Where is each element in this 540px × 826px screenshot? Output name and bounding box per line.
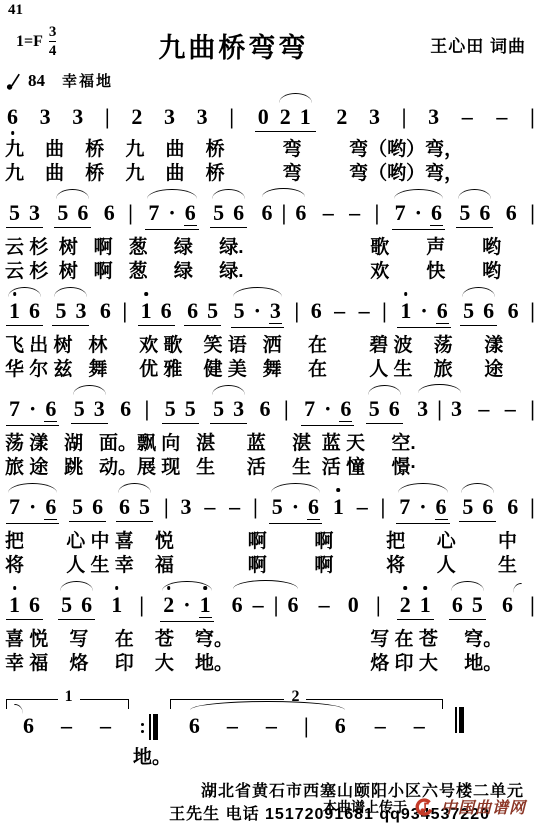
upload-footer: 本曲谱上传于 中国曲谱网 xyxy=(323,795,526,818)
duration-dash: – xyxy=(460,106,475,128)
lyric-line: 飞 出 树 林 欢 歌 笑 语 洒 在 碧 波 荡 漾 xyxy=(5,334,535,358)
note: 3 xyxy=(93,398,106,420)
duration-dash: – xyxy=(202,496,217,518)
slur-group: 56 xyxy=(459,496,496,522)
note: 5 xyxy=(462,300,475,322)
note: 1 xyxy=(199,594,212,618)
note: 6 xyxy=(160,300,173,322)
note: 6 xyxy=(507,300,520,322)
note: 6 xyxy=(6,106,19,128)
thick-bar xyxy=(153,714,158,740)
augmentation-dot: · xyxy=(28,398,37,420)
tie-group: 3|3 xyxy=(414,398,465,420)
note: 3 xyxy=(39,106,52,128)
slur-group: 7·6 xyxy=(396,496,449,524)
music-line: 16––26––|6–– xyxy=(5,677,537,746)
note: 5 xyxy=(138,496,151,518)
note: 2 xyxy=(335,106,348,128)
thin-bar xyxy=(455,707,457,733)
system: 16561|2·16–|6–0|21656|喜 悦 写 在 苍 穹。 写 在 苍… xyxy=(5,579,535,676)
final-barline xyxy=(455,707,464,733)
header: 1=F 3 4 九曲桥弯弯 王心田 词曲 xyxy=(0,0,540,65)
duration-dash: – xyxy=(357,300,372,322)
duration-dash: – xyxy=(476,398,491,420)
note: 5 xyxy=(206,300,219,322)
note: 7 xyxy=(394,202,407,224)
note: 3 xyxy=(427,106,440,128)
site-name: 中国曲谱网 xyxy=(441,795,526,818)
note: 6 xyxy=(388,398,401,420)
barline: | xyxy=(303,715,310,737)
slur-group: 53 xyxy=(52,300,89,326)
note: 7 xyxy=(8,398,21,420)
augmentation-dot: · xyxy=(253,300,262,322)
note: 5 xyxy=(212,202,225,224)
beam-group: 16 xyxy=(6,594,43,620)
barline: | xyxy=(283,398,290,420)
note: 6 xyxy=(430,202,443,226)
barline: | xyxy=(529,300,536,322)
duration-dash: – xyxy=(355,496,370,518)
augmentation-dot: · xyxy=(419,300,428,322)
lyric-line: 华 尔 兹 舞 优 雅 健 美 舞 在 人 生 旅 途 xyxy=(5,358,535,382)
note: 7 xyxy=(303,398,316,420)
tie-group: 6|6 xyxy=(258,202,309,224)
barline: | xyxy=(401,106,408,128)
duration-dash: – xyxy=(264,715,279,737)
lyric-line: 把 心 中 喜 悦 啊 啊 把 心 中 xyxy=(5,530,535,554)
duration-dash: – xyxy=(317,594,332,616)
note: 6 xyxy=(99,300,112,322)
beam-group: 21 xyxy=(397,594,434,620)
augmentation-dot: · xyxy=(414,202,423,224)
augmentation-dot: · xyxy=(167,202,176,224)
slur-group: 7·6 xyxy=(6,496,59,524)
slur-group: 21 xyxy=(277,106,314,128)
slur-group: 65 xyxy=(116,496,153,522)
duration-dash: – xyxy=(373,715,388,737)
slur-group: 56 xyxy=(366,398,403,424)
note: 5 xyxy=(164,398,177,420)
duration-dash: – xyxy=(251,594,266,616)
tempo-value: 84 xyxy=(28,71,45,91)
note: 1 xyxy=(399,300,412,322)
augmentation-dot: · xyxy=(291,496,300,518)
lyric-line: 地。 xyxy=(5,746,535,770)
system: 7·6536|55536|7·6563|3––|荡 漾 湖 面。飘 向 湛 蓝 … xyxy=(5,383,535,480)
barline: | xyxy=(375,594,382,616)
lyric-line: 旅 途 跳 动。展 现 生 活 生 活 憧 憬· xyxy=(5,456,535,480)
augmentation-dot: · xyxy=(28,496,37,518)
barline: | xyxy=(163,496,170,518)
beam-group: 7·6 xyxy=(301,398,354,426)
barline: | xyxy=(228,106,235,128)
barline: | xyxy=(529,398,536,420)
note: 6 xyxy=(310,300,323,322)
score: 633|233|02123|3––|九 曲 桥 九 曲 桥 弯 弯（哟）弯，九 … xyxy=(0,91,540,770)
lyric-line: 云 杉 树 啊 葱 绿 绿. 歌 声 哟 xyxy=(5,236,535,260)
lyric-line: 喜 悦 写 在 苍 穹。 写 在 苍 穹。 xyxy=(5,628,535,652)
note: 3 xyxy=(28,202,41,224)
note: 6 xyxy=(339,398,352,422)
note: 5 xyxy=(368,398,381,420)
tempo-row: 84 幸福地 xyxy=(0,65,540,91)
note: 6 xyxy=(22,715,35,737)
i xyxy=(141,723,144,726)
barline: | xyxy=(143,398,150,420)
system: 7·65665|3––|5·61–|7·6566|把 心 中 喜 悦 啊 啊 把… xyxy=(5,481,535,578)
note: 5 xyxy=(471,594,484,616)
note: 6 xyxy=(119,398,132,420)
note: 6 xyxy=(91,496,104,518)
music-line: 7·6536|55536|7·6563|3––| xyxy=(5,383,537,432)
thick-bar xyxy=(459,707,464,733)
page-number: 41 xyxy=(8,2,23,19)
note: 5 xyxy=(212,398,225,420)
duration-dash: – xyxy=(347,202,362,224)
note: 6 xyxy=(231,594,244,616)
note: 6 xyxy=(258,398,271,420)
key-label: 1=F xyxy=(16,33,43,51)
note: 7 xyxy=(398,496,411,518)
note: 6 xyxy=(260,202,273,224)
duration-dash: – xyxy=(321,202,336,224)
lyric-line: 九 曲 桥 九 曲 桥 弯 弯（哟）弯， xyxy=(5,162,535,186)
note: 6 xyxy=(505,202,518,224)
barline: | xyxy=(529,202,536,224)
note: 6 xyxy=(44,398,57,422)
note: 6 xyxy=(478,202,491,224)
site-logo-icon xyxy=(413,797,435,817)
duration-dash: – xyxy=(332,300,347,322)
beam-group: 53 xyxy=(6,202,43,228)
duration-dash: – xyxy=(59,715,74,737)
barline: | xyxy=(373,202,380,224)
note: 5 xyxy=(54,300,67,322)
note: 5 xyxy=(458,202,471,224)
duration-dash: – xyxy=(494,106,509,128)
tie-group: 6–|6 xyxy=(229,594,302,616)
note: 6 xyxy=(103,202,116,224)
duration-dash: – xyxy=(503,398,518,420)
note: 6 xyxy=(287,594,300,616)
system: 16––26––|6––地。 xyxy=(5,677,535,770)
barline: | xyxy=(380,496,387,518)
note: 6 xyxy=(435,496,448,520)
beam-group: 65 xyxy=(184,300,221,326)
slur-group: 56 xyxy=(460,300,497,326)
page-title: 九曲桥弯弯 xyxy=(46,26,420,65)
note: 6 xyxy=(451,594,464,616)
note: 6 xyxy=(44,496,57,520)
augmentation-dot: · xyxy=(418,496,427,518)
composer-credit: 王心田 词曲 xyxy=(430,32,526,57)
music-line: 16561|2·16–|6–0|21656| xyxy=(5,579,537,628)
barline: | xyxy=(529,106,536,128)
note: 1 xyxy=(299,106,312,128)
system: 633|233|02123|3––|九 曲 桥 九 曲 桥 弯 弯（哟）弯，九 … xyxy=(5,91,535,186)
note: 6 xyxy=(436,300,449,324)
beam-group: 16 xyxy=(138,300,175,326)
note: 3 xyxy=(232,398,245,420)
note: 6 xyxy=(186,300,199,322)
lyric-line: 荡 漾 湖 面。飘 向 湛 蓝 湛 蓝 天 空. xyxy=(5,432,535,456)
barline: | xyxy=(293,300,300,322)
note: 6 xyxy=(482,300,495,322)
note: 2 xyxy=(130,106,143,128)
lyric-line: 云 杉 树 啊 葱 绿 绿. 欢 快 哟 xyxy=(5,260,535,284)
note: 1 xyxy=(8,594,21,616)
slur-group: 5·6 xyxy=(269,496,322,524)
note: 3 xyxy=(269,300,282,324)
note: 3 xyxy=(196,106,209,128)
slur-group: 56 xyxy=(58,594,95,620)
quarter-note-icon xyxy=(6,71,21,91)
barline: | xyxy=(529,594,536,616)
note: 5 xyxy=(461,496,474,518)
tie-group: 6––|6 xyxy=(186,715,349,737)
note: 6 xyxy=(501,594,514,616)
augmentation-dot: · xyxy=(323,398,332,420)
repeat-dots xyxy=(141,723,144,734)
slur-group: 5·3 xyxy=(231,300,284,328)
repeat-end-barline xyxy=(141,714,158,740)
duration-dash: – xyxy=(98,715,113,737)
note: 5 xyxy=(271,496,284,518)
note: 3 xyxy=(416,398,429,420)
system: 16536|16655·3|6––|1·6566|飞 出 树 林 欢 歌 笑 语… xyxy=(5,285,535,382)
sheet-music-page: 41 1=F 3 4 九曲桥弯弯 王心田 词曲 84 幸福地 633|233|0… xyxy=(0,0,540,826)
note: 5 xyxy=(233,300,246,322)
barline: | xyxy=(104,106,111,128)
slur-group: 7·6 xyxy=(392,202,445,230)
barline: | xyxy=(121,300,128,322)
note: 3 xyxy=(163,106,176,128)
note: 7 xyxy=(8,496,21,518)
volta-bracket-2: 26––|6–– xyxy=(170,715,443,737)
note: 3 xyxy=(74,300,87,322)
note: 6 xyxy=(118,496,131,518)
note: 6 xyxy=(506,496,519,518)
note: 6 xyxy=(481,496,494,518)
note: 3 xyxy=(450,398,463,420)
beam-group: 7·6 xyxy=(6,398,59,426)
volta-bracket-1: 16–– xyxy=(6,715,129,737)
note: 5 xyxy=(56,202,69,224)
note: 7 xyxy=(147,202,160,224)
barline: | xyxy=(529,496,536,518)
slur-group: 65 xyxy=(449,594,486,620)
music-line: 16536|16655·3|6––|1·6566| xyxy=(5,285,537,334)
note: 2 xyxy=(162,594,175,616)
note: 3 xyxy=(368,106,381,128)
slur-group: 2·1 xyxy=(160,594,213,622)
lyric-line: 九 曲 桥 九 曲 桥 弯 弯（哟）弯， xyxy=(5,138,535,162)
slur-group: 16 xyxy=(6,300,43,326)
note: 3 xyxy=(180,496,193,518)
lyric-line: 将 人 生 幸 福 啊 啊 将 人 生 xyxy=(5,554,535,578)
note: 1 xyxy=(332,496,345,518)
note: 5 xyxy=(71,496,84,518)
barline: | xyxy=(381,300,388,322)
note: 5 xyxy=(184,398,197,420)
music-line: 53566|7·6566|6––|7·6566| xyxy=(5,187,537,236)
note: 6 xyxy=(184,202,197,226)
augmentation-dot: · xyxy=(182,594,191,616)
note: 1 xyxy=(8,300,21,322)
system: 53566|7·6566|6––|7·6566|云 杉 树 啊 葱 绿 绿. 歌… xyxy=(5,187,535,284)
thin-bar xyxy=(149,714,151,740)
note: 6 xyxy=(334,715,347,737)
duration-dash: – xyxy=(225,715,240,737)
note: 6 xyxy=(307,496,320,520)
volta-number: 1 xyxy=(58,688,80,706)
note: 6 xyxy=(28,300,41,322)
i xyxy=(141,730,144,733)
mood-marking: 幸福地 xyxy=(62,70,113,91)
note: 5 xyxy=(60,594,73,616)
slur-group: 56 xyxy=(54,202,91,228)
note: 5 xyxy=(73,398,86,420)
barline: | xyxy=(273,594,280,616)
note: 6 xyxy=(232,202,245,224)
note: 2 xyxy=(399,594,412,616)
note: 6 xyxy=(28,594,41,616)
note: 1 xyxy=(110,594,123,616)
note: 6 xyxy=(188,715,201,737)
barline: | xyxy=(280,202,287,224)
music-line: 7·65665|3––|5·61–|7·6566| xyxy=(5,481,537,530)
slur-group: 53 xyxy=(71,398,108,424)
beam-group: 1·6 xyxy=(397,300,450,328)
note: 0 xyxy=(257,106,270,128)
beam-group: 55 xyxy=(162,398,199,424)
note: 6 xyxy=(80,594,93,616)
slur-group: 53 xyxy=(210,398,247,424)
note: 3 xyxy=(71,106,84,128)
note: 1 xyxy=(419,594,432,616)
note: 6 xyxy=(294,202,307,224)
note: 0 xyxy=(347,594,360,616)
upload-note: 本曲谱上传于 xyxy=(323,797,407,817)
music-line: 633|233|02123|3––| xyxy=(5,91,537,138)
beam-group: 021 xyxy=(255,106,316,132)
duration-dash: – xyxy=(227,496,242,518)
note: 5 xyxy=(8,202,21,224)
slur-group: 56 xyxy=(210,202,247,228)
note: 1 xyxy=(140,300,153,322)
note: 2 xyxy=(279,106,292,128)
barline: | xyxy=(127,202,134,224)
beam-group: 56 xyxy=(69,496,106,522)
slur-group: 7·6 xyxy=(145,202,198,230)
slur-group: 56 xyxy=(456,202,493,228)
barline: | xyxy=(436,398,443,420)
note: 6 xyxy=(76,202,89,224)
duration-dash: – xyxy=(412,715,427,737)
lyric-line: 幸 福 烙 印 大 地。 烙 印 大 地。 xyxy=(5,652,535,676)
barline: | xyxy=(252,496,259,518)
barline: | xyxy=(138,594,145,616)
